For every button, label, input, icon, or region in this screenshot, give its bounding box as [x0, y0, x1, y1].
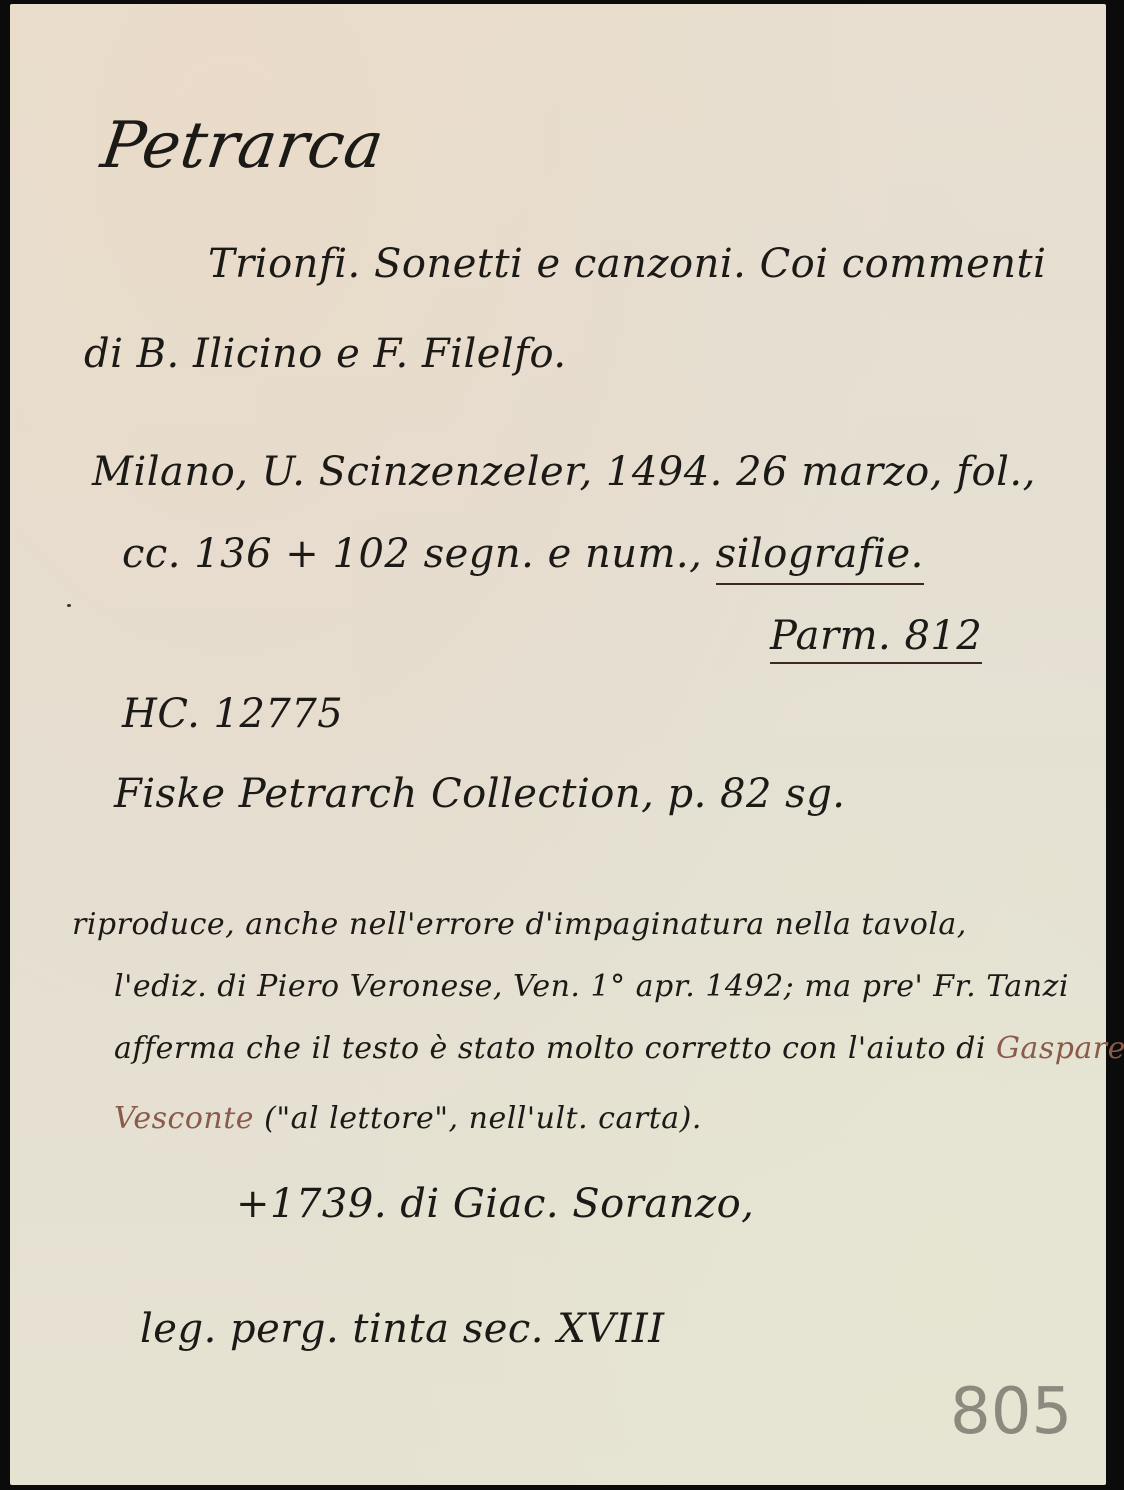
collation-text: cc. 136 + 102 segn. e num.,: [122, 531, 702, 577]
woodcuts-note: silografie.: [716, 531, 924, 585]
page-number: 805: [950, 1380, 1072, 1444]
note-line-3: afferma che il testo è stato molto corre…: [114, 1034, 1124, 1064]
note-line-4: Vesconte ("al lettore", nell'ult. carta)…: [114, 1104, 702, 1134]
title-line-2: di B. Ilicino e F. Filelfo.: [84, 334, 567, 374]
reference-fiske: Fiske Petrarch Collection, p. 82 sg.: [114, 774, 846, 814]
provenance-note: +1739. di Giac. Soranzo,: [236, 1184, 754, 1224]
shelfmark: Parm. 812: [770, 616, 982, 664]
author-heading: Petrarca: [98, 114, 388, 178]
note-name-vesconte: Vesconte: [114, 1101, 254, 1136]
catalog-card: Petrarca Trionfi. Sonetti e canzoni. Coi…: [10, 4, 1106, 1485]
note-line-4-text: ("al lettore", nell'ult. carta).: [264, 1101, 702, 1136]
collation-line: cc. 136 + 102 segn. e num., silografie.: [122, 534, 924, 574]
note-line-2: l'ediz. di Piero Veronese, Ven. 1° apr. …: [114, 972, 1069, 1002]
binding-note: leg. perg. tinta sec. XVIII: [140, 1309, 665, 1349]
reference-hc: HC. 12775: [122, 694, 343, 734]
note-name-gaspare: Gaspare: [996, 1031, 1124, 1066]
title-line-1: Trionfi. Sonetti e canzoni. Coi commenti: [208, 244, 1046, 284]
note-line-3-text: afferma che il testo è stato molto corre…: [114, 1031, 986, 1066]
imprint-line: Milano, U. Scinzenzeler, 1494. 26 marzo,…: [92, 452, 1036, 492]
ink-speck: [67, 604, 71, 607]
note-line-1: riproduce, anche nell'errore d'impaginat…: [72, 910, 967, 940]
